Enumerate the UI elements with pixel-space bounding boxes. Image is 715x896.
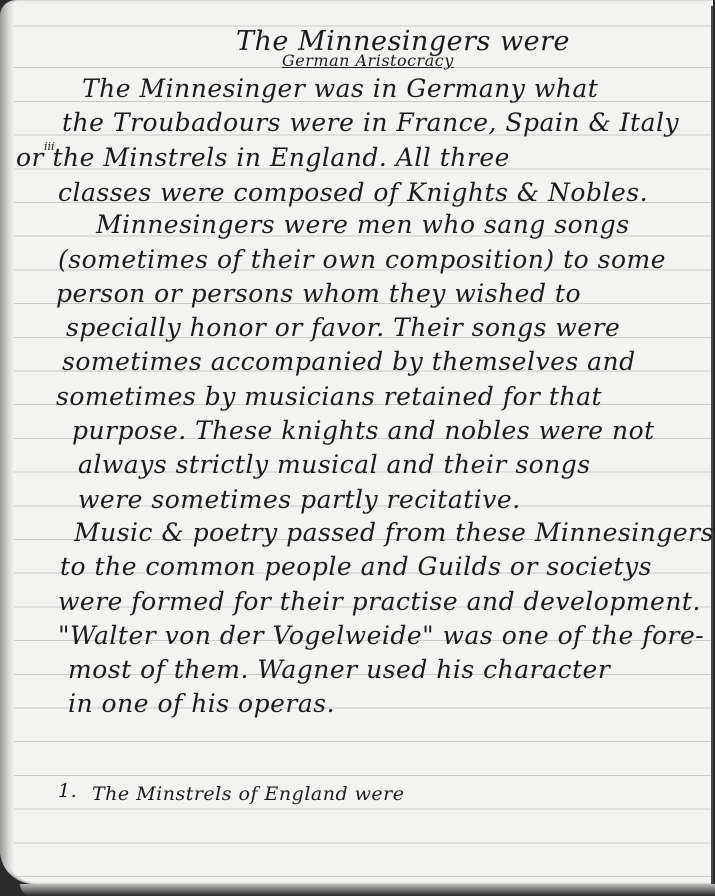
text-line: always strictly musical and their songs xyxy=(78,452,591,477)
text-line: purpose. These knights and nobles were n… xyxy=(72,418,655,443)
text-line: classes were composed of Knights & Noble… xyxy=(58,180,648,205)
notebook-page: The Minnesingers were German Aristocracy… xyxy=(0,0,713,884)
footnote-marker: 1. xyxy=(58,782,77,801)
text-line: The Minnesinger was in Germany what xyxy=(82,76,598,101)
text-line: "Walter von der Vogelweide" was one of t… xyxy=(58,623,704,648)
page-bottom-edge xyxy=(20,884,715,896)
text-line: to the common people and Guilds or socie… xyxy=(60,554,652,579)
footnote-text: The Minstrels of England were xyxy=(92,785,405,804)
text-line: were formed for their practise and devel… xyxy=(58,589,701,614)
text-line: sometimes by musicians retained for that xyxy=(56,384,602,409)
text-line: specially honor or favor. Their songs we… xyxy=(66,315,620,340)
page-right-edge xyxy=(711,6,713,884)
text-line: sometimes accompanied by themselves and xyxy=(62,349,636,374)
text-line: Minnesingers were men who sang songs xyxy=(96,212,630,237)
text-line: Music & poetry passed from these Minnesi… xyxy=(74,520,713,545)
text-line: (sometimes of their own composition) to … xyxy=(58,247,666,272)
text-line: were sometimes partly recitative. xyxy=(78,487,521,512)
page-subtitle: German Aristocracy xyxy=(282,53,454,69)
text-line: the Troubadours were in France, Spain & … xyxy=(62,110,679,135)
text-line: person or persons whom they wished to xyxy=(56,281,581,306)
text-line: in one of his operas. xyxy=(68,691,335,716)
text-line: or the Minstrels in England. All three xyxy=(16,145,510,170)
text-line: most of them. Wagner used his character xyxy=(68,657,610,682)
